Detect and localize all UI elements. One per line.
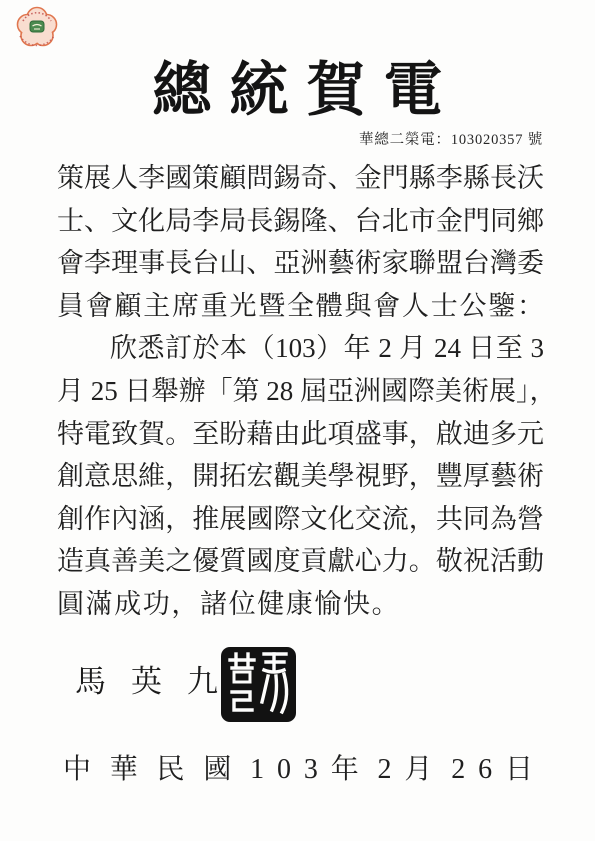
body-line: 策展人李國策顧問錫奇、金門縣李縣長沃 [57, 157, 544, 200]
body-line: 創作內涵，推展國際文化交流，共同為營 [57, 498, 544, 541]
telegram-body: 策展人李國策顧問錫奇、金門縣李縣長沃 士、文化局李局長錫隆、台北市金門同鄉 會李… [57, 157, 544, 626]
body-line: 月 25 日舉辦「第 28 屆亞洲國際美術展」， [57, 370, 544, 413]
body-line: 圓滿成功，諸位健康愉快。 [57, 583, 544, 626]
presidential-seal-icon [218, 644, 299, 725]
signature-char: 九 [187, 656, 218, 701]
signature-char: 馬 [75, 656, 106, 701]
body-line: 會李理事長台山、亞洲藝術家聯盟台灣委 [57, 242, 544, 285]
page-title: 總統賀電 [0, 42, 595, 127]
date-line: 中 華 民 國 1 0 3 年 2 月 2 6 日 [63, 750, 533, 790]
body-line: 員會顧主席重光暨全體與會人士公鑒： [57, 285, 544, 328]
body-line: 創意思維，開拓宏觀美學視野，豐厚藝術 [57, 455, 544, 498]
reference-number: 華總二榮電：103020357 號 [359, 128, 543, 149]
body-line: 欣悉訂於本（103）年 2 月 24 日至 3 [57, 327, 544, 370]
signature-name: 馬 英 九 [75, 656, 218, 701]
body-line: 造真善美之優質國度貢獻心力。敬祝活動 [57, 540, 544, 583]
body-line: 特電致賀。至盼藉由此項盛事，啟迪多元 [57, 413, 544, 456]
signature-char: 英 [131, 656, 162, 701]
telegram-document-page: 總統賀電 華總二榮電：103020357 號 策展人李國策顧問錫奇、金門縣李縣長… [0, 0, 595, 841]
body-line: 士、文化局李局長錫隆、台北市金門同鄉 [57, 200, 544, 243]
